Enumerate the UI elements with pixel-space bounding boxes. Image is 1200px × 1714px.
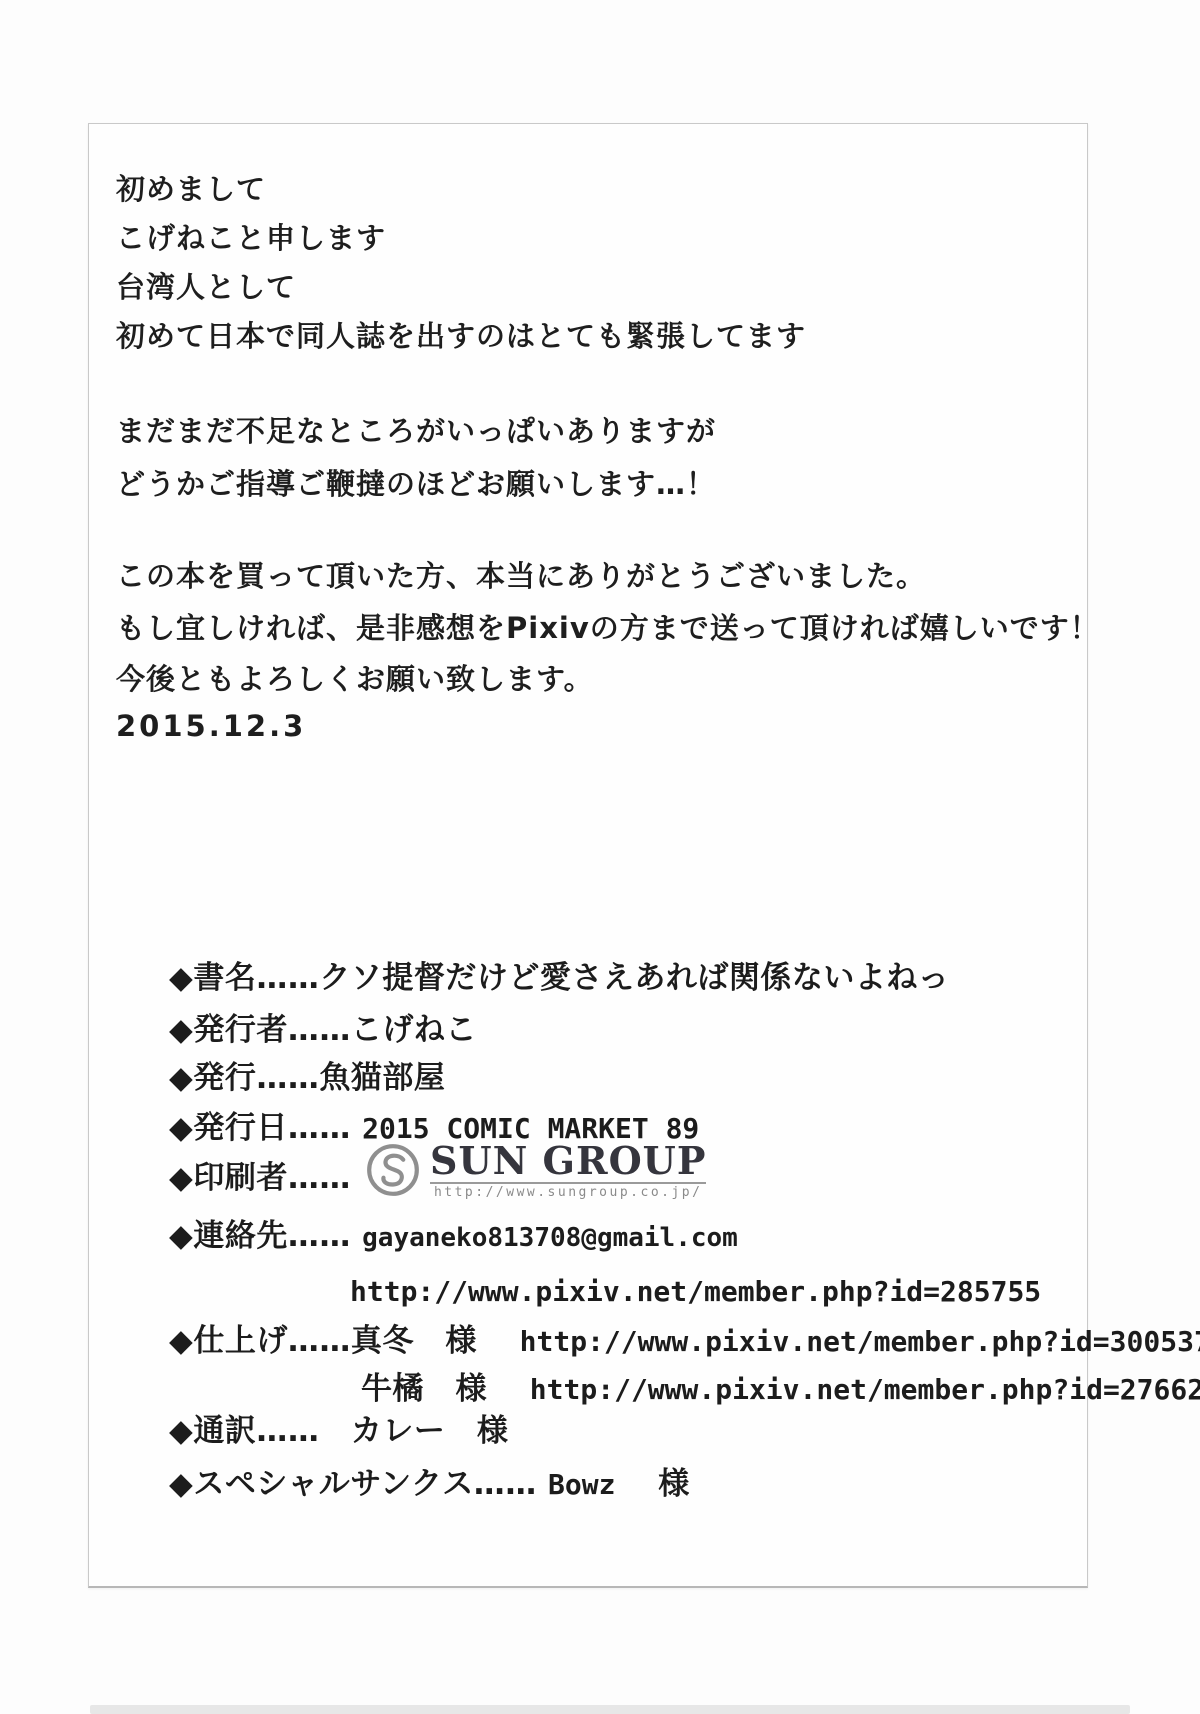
message-line-guidance: どうかご指導ご鞭撻のほどお願いします…！ (116, 464, 716, 504)
colophon-line-contact-url: http://www.pixiv.net/member.php?id=28575… (350, 1270, 1041, 1312)
scan-edge-artifact (90, 1705, 1130, 1714)
colophon-line-author: ◆発行者……こげねこ (169, 1009, 477, 1051)
message-line-pixiv-request: もし宜しければ、是非感想をPixivの方まで送って頂ければ嬉しいです！ (116, 608, 1100, 648)
contact-email: gayaneko813708@gmail.com (362, 1223, 738, 1253)
message-line-thanks: この本を買って頂いた方、本当にありがとうございました。 (116, 556, 926, 596)
message-line-greeting: 初めまして (116, 169, 266, 209)
colophon-line-finishing-1: ◆仕上げ……真冬 様 http://www.pixiv.net/member.p… (169, 1320, 1200, 1362)
special-thanks-name: Bowz (548, 1468, 615, 1501)
special-thanks-suffix: 様 (627, 1466, 690, 1502)
message-line-shortcomings: まだまだ不足なところがいっぱいありますが (116, 411, 716, 451)
sun-group-logo-textblock: SUN GROUP http://www.sungroup.co.jp/ (430, 1140, 706, 1200)
colophon-line-special-thanks: ◆スペシャルサンクス…… Bowz 様 (169, 1463, 690, 1505)
circle-text: ◆発行……魚猫部屋 (169, 1060, 445, 1096)
finishing-2-url: http://www.pixiv.net/member.php?id=27662… (530, 1373, 1200, 1406)
colophon-line-contact: ◆連絡先…… gayaneko813708@gmail.com (169, 1215, 738, 1257)
sun-group-logo: SUN GROUP http://www.sungroup.co.jp/ (365, 1140, 706, 1210)
contact-label: ◆連絡先…… (169, 1218, 351, 1254)
colophon-line-printer: ◆印刷者…… (169, 1157, 351, 1199)
sun-group-url: http://www.sungroup.co.jp/ (430, 1182, 706, 1200)
colophon-line-book-title: ◆書名……クソ提督だけど愛さえあれば関係ないよねっ (169, 957, 949, 999)
sun-group-logo-icon (365, 1142, 421, 1198)
finishing-1-url: http://www.pixiv.net/member.php?id=30053… (520, 1325, 1200, 1358)
finishing-2-name: 牛橘 様 (361, 1371, 519, 1407)
message-line-introduction: こげねこと申します (116, 218, 386, 258)
publish-date-label: ◆発行日…… (169, 1110, 351, 1146)
colophon-line-circle: ◆発行……魚猫部屋 (169, 1057, 445, 1099)
colophon-line-translator: ◆通訳…… カレー 様 (169, 1410, 508, 1452)
message-line-first-doujin: 初めて日本で同人誌を出すのはとても緊張してます (116, 316, 806, 356)
message-date: 2015.12.3 (116, 706, 306, 746)
book-title-text: ◆書名……クソ提督だけど愛さえあれば関係ないよねっ (169, 960, 949, 996)
special-thanks-label: ◆スペシャルサンクス…… (169, 1466, 537, 1502)
message-line-nationality: 台湾人として (116, 267, 296, 307)
finishing-1-name: ◆仕上げ……真冬 様 (169, 1323, 508, 1359)
message-line-regards: 今後ともよろしくお願い致します。 (116, 659, 594, 699)
sun-group-name: SUN GROUP (430, 1140, 706, 1182)
doujin-afterword-page: 初めまして こげねこと申します 台湾人として 初めて日本で同人誌を出すのはとても… (88, 123, 1088, 1588)
author-text: ◆発行者……こげねこ (169, 1012, 477, 1048)
translator-text: ◆通訳…… カレー 様 (169, 1413, 508, 1449)
contact-pixiv-url: http://www.pixiv.net/member.php?id=28575… (350, 1275, 1041, 1308)
printer-label: ◆印刷者…… (169, 1160, 351, 1196)
colophon-line-finishing-2: 牛橘 様 http://www.pixiv.net/member.php?id=… (361, 1368, 1200, 1410)
